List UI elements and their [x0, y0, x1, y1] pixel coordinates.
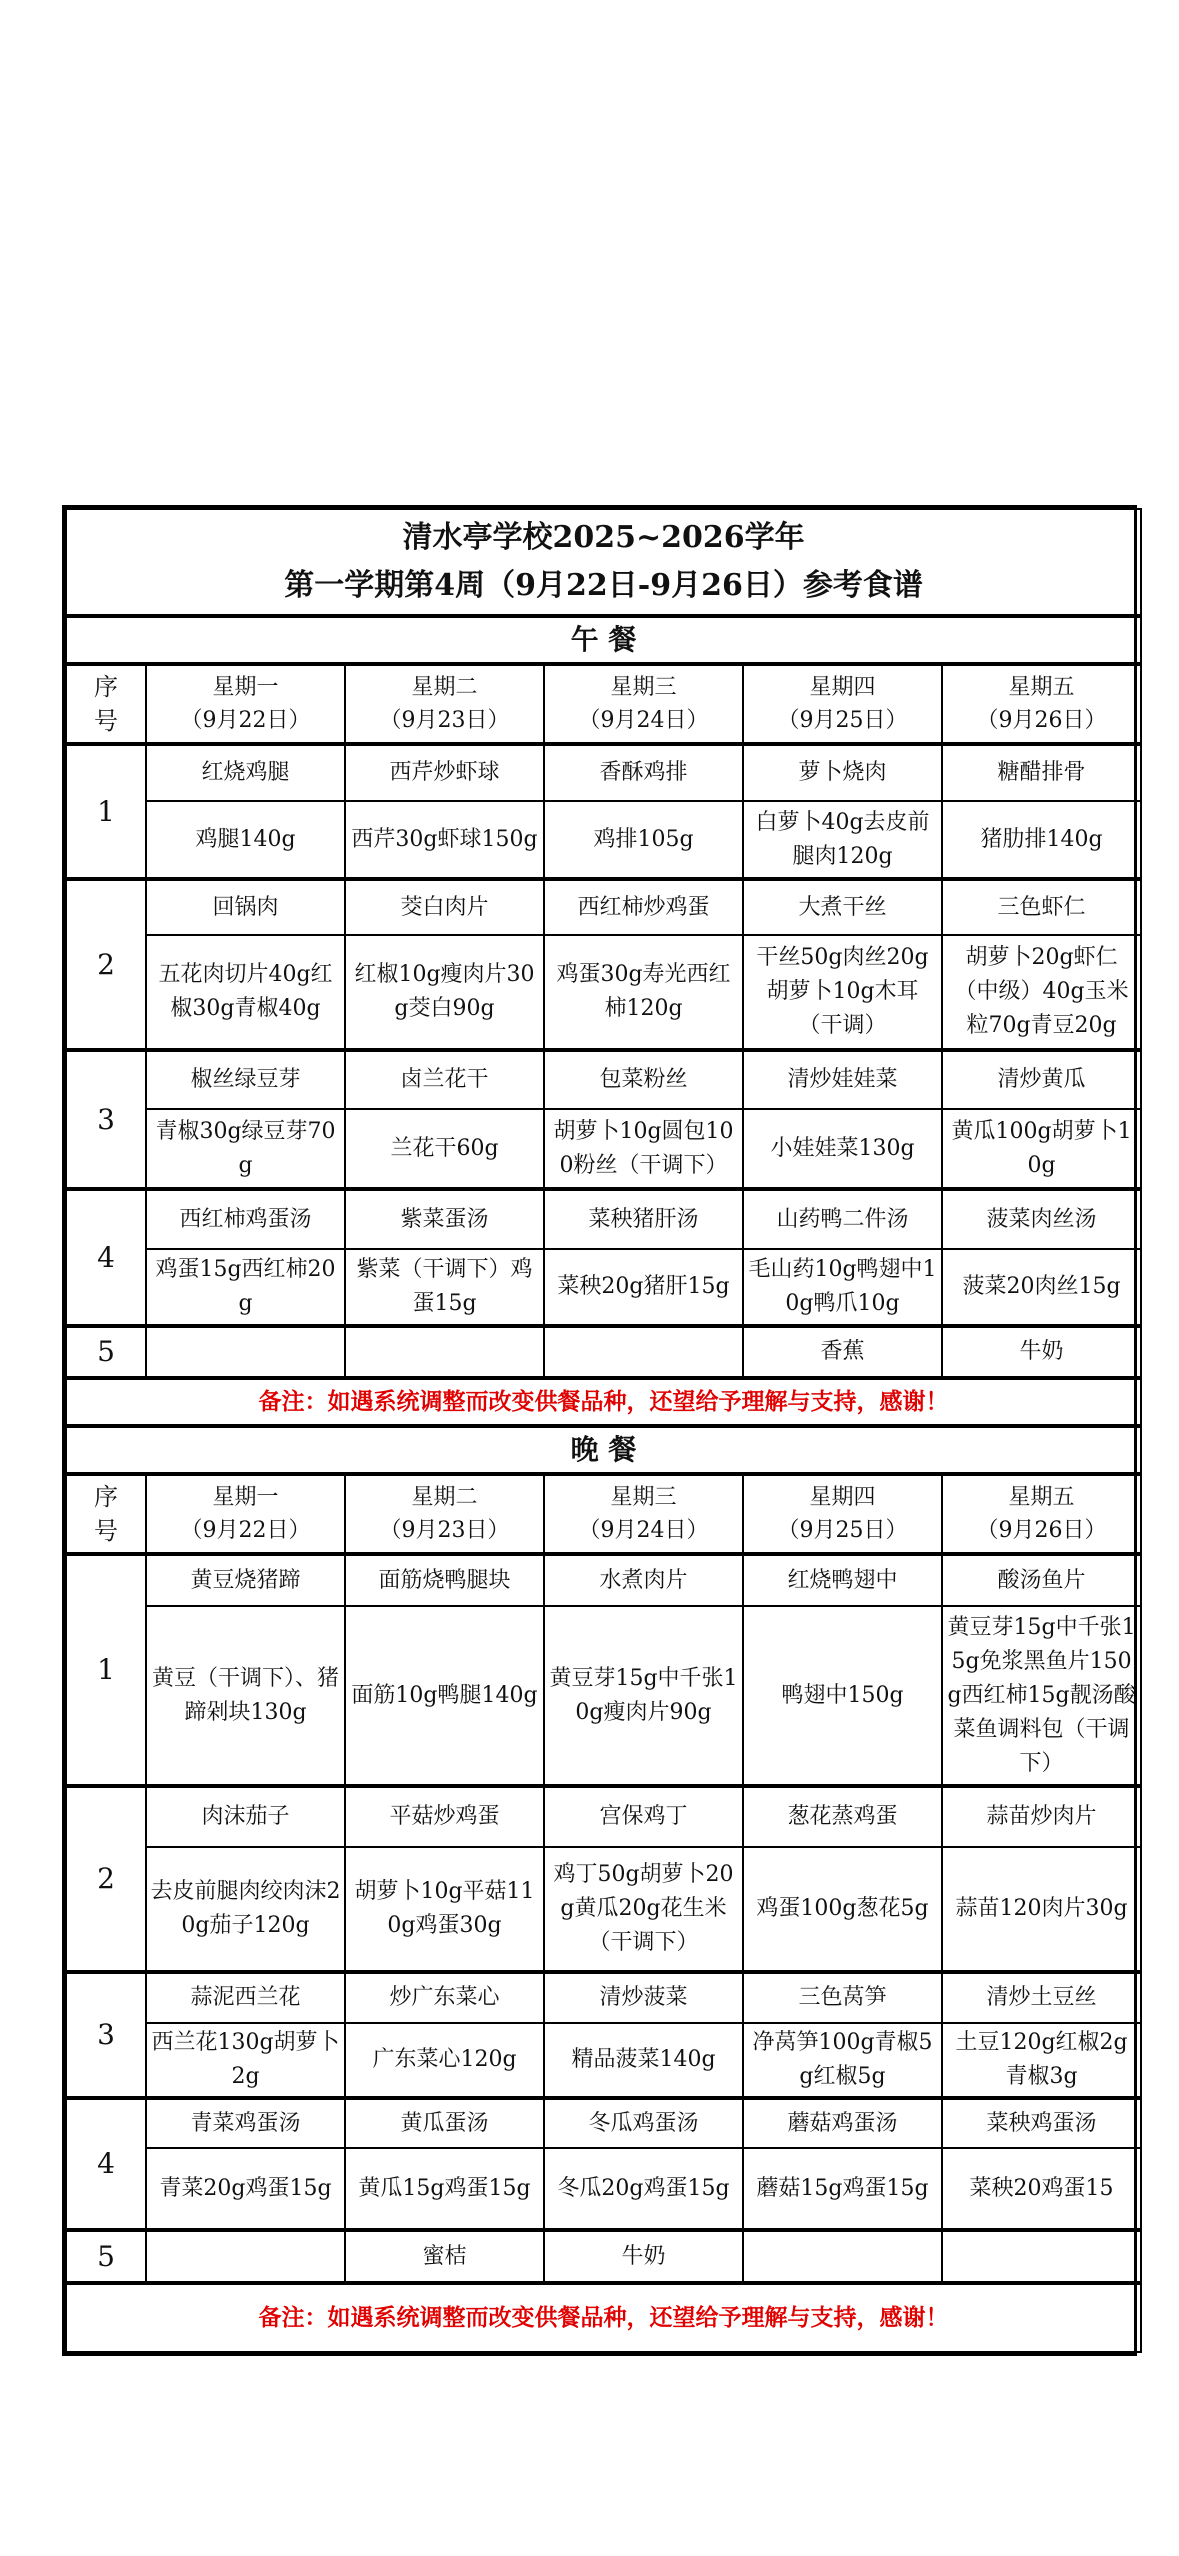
- meal-header-row: 晚 餐: [66, 1426, 1141, 1474]
- extra-item: [942, 2230, 1141, 2283]
- index-header-label: 号: [70, 1514, 142, 1548]
- ingredient-detail: 面筋10g鸭腿140g: [345, 1606, 544, 1786]
- day-header: 星期四（9月25日）: [743, 1474, 942, 1554]
- dish-name: 清炒菠菜: [544, 1972, 743, 2023]
- title-line-2: 第一学期第4周（9月22日-9月26日）参考食谱: [67, 562, 1140, 610]
- dish-name: 面筋烧鸭腿块: [345, 1554, 544, 1606]
- menu-row-dishes: 3椒丝绿豆芽卤兰花干包菜粉丝清炒娃娃菜清炒黄瓜: [66, 1050, 1141, 1109]
- day-header-row: 序号 星期一（9月22日） 星期二（9月23日） 星期三（9月24日） 星期四（…: [66, 1474, 1141, 1554]
- day-header: 星期一（9月22日）: [146, 1474, 345, 1554]
- dish-name: 蒜泥西兰花: [146, 1972, 345, 2023]
- ingredient-detail: 黄豆（干调下）、猪蹄剁块130g: [146, 1606, 345, 1786]
- dish-name: 青菜鸡蛋汤: [146, 2098, 345, 2148]
- day-header-row: 序号 星期一（9月22日） 星期二（9月23日） 星期三（9月24日） 星期四（…: [66, 664, 1141, 744]
- menu-row-dishes: 1红烧鸡腿西芹炒虾球香酥鸡排萝卜烧肉糖醋排骨: [66, 744, 1141, 801]
- ingredient-detail: 猪肋排140g: [942, 801, 1141, 879]
- note-text: 备注：如遇系统调整而改变供餐品种，还望给予理解与支持，感谢！: [66, 1378, 1141, 1426]
- ingredient-detail: 冬瓜20g鸡蛋15g: [544, 2148, 743, 2230]
- ingredient-detail: 蘑菇15g鸡蛋15g: [743, 2148, 942, 2230]
- date-label: （9月25日）: [747, 704, 938, 737]
- ingredient-detail: 鸡腿140g: [146, 801, 345, 879]
- page-title: 清水亭学校2025~2026学年 第一学期第4周（9月22日-9月26日）参考食…: [66, 509, 1141, 616]
- dish-name: 西红柿炒鸡蛋: [544, 879, 743, 935]
- menu-row-dishes: 4青菜鸡蛋汤黄瓜蛋汤冬瓜鸡蛋汤蘑菇鸡蛋汤菜秧鸡蛋汤: [66, 2098, 1141, 2148]
- date-label: （9月24日）: [548, 1514, 739, 1547]
- ingredient-detail: 青椒30g绿豆芽70g: [146, 1109, 345, 1189]
- index-header-label: 号: [70, 704, 142, 738]
- ingredient-detail: 鸡蛋15g西红柿20g: [146, 1249, 345, 1326]
- dish-name: 宫保鸡丁: [544, 1786, 743, 1847]
- dish-name: 蒜苗炒肉片: [942, 1786, 1141, 1847]
- dish-name: 大煮干丝: [743, 879, 942, 935]
- meal-header-row: 午 餐: [66, 616, 1141, 664]
- date-label: （9月26日）: [946, 1514, 1137, 1547]
- dish-name: 紫菜蛋汤: [345, 1189, 544, 1249]
- ingredient-detail: 黄瓜15g鸡蛋15g: [345, 2148, 544, 2230]
- extra-item: [345, 1326, 544, 1378]
- note-row: 备注：如遇系统调整而改变供餐品种，还望给予理解与支持，感谢！: [66, 1378, 1141, 1426]
- weekday-label: 星期二: [349, 671, 540, 704]
- dish-name: 葱花蒸鸡蛋: [743, 1786, 942, 1847]
- meal-label: 午 餐: [66, 616, 1141, 664]
- ingredient-detail: 胡萝卜10g平菇110g鸡蛋30g: [345, 1847, 544, 1972]
- date-label: （9月24日）: [548, 704, 739, 737]
- menu-row-ingredients: 黄豆（干调下）、猪蹄剁块130g面筋10g鸭腿140g黄豆芽15g中千张10g瘦…: [66, 1606, 1141, 1786]
- ingredient-detail: 鸭翅中150g: [743, 1606, 942, 1786]
- row-index: 5: [66, 1326, 146, 1378]
- menu-row-dishes: 1黄豆烧猪蹄面筋烧鸭腿块水煮肉片红烧鸭翅中酸汤鱼片: [66, 1554, 1141, 1606]
- ingredient-detail: 毛山药10g鸭翅中10g鸭爪10g: [743, 1249, 942, 1326]
- extra-item: [146, 2230, 345, 2283]
- ingredient-detail: 广东菜心120g: [345, 2023, 544, 2098]
- date-label: （9月22日）: [150, 704, 341, 737]
- dish-name: 炒广东菜心: [345, 1972, 544, 2023]
- date-label: （9月25日）: [747, 1514, 938, 1547]
- menu-row-ingredients: 青椒30g绿豆芽70g兰花干60g胡萝卜10g圆包100粉丝（干调下）小娃娃菜1…: [66, 1109, 1141, 1189]
- ingredient-detail: 胡萝卜20g虾仁（中级）40g玉米粒70g青豆20g: [942, 935, 1141, 1050]
- title-line-1: 清水亭学校2025~2026学年: [67, 514, 1140, 562]
- ingredient-detail: 蒜苗120肉片30g: [942, 1847, 1141, 1972]
- ingredient-detail: 去皮前腿肉绞肉沫20g茄子120g: [146, 1847, 345, 1972]
- menu-row-ingredients: 五花肉切片40g红椒30g青椒40g红椒10g瘦肉片30g茭白90g鸡蛋30g寿…: [66, 935, 1141, 1050]
- dish-name: 清炒土豆丝: [942, 1972, 1141, 2023]
- title-row: 清水亭学校2025~2026学年 第一学期第4周（9月22日-9月26日）参考食…: [66, 509, 1141, 616]
- weekday-label: 星期五: [946, 671, 1137, 704]
- dish-name: 卤兰花干: [345, 1050, 544, 1109]
- dish-name: 茭白肉片: [345, 879, 544, 935]
- extra-item: 香蕉: [743, 1326, 942, 1378]
- ingredient-detail: 黄豆芽15g中千张15g免浆黑鱼片150g西红柿15g靓汤酸菜鱼调料包（干调下）: [942, 1606, 1141, 1786]
- menu-row-dishes: 3蒜泥西兰花炒广东菜心清炒菠菜三色莴笋清炒土豆丝: [66, 1972, 1141, 2023]
- weekday-label: 星期四: [747, 671, 938, 704]
- dish-name: 菠菜肉丝汤: [942, 1189, 1141, 1249]
- dish-name: 平菇炒鸡蛋: [345, 1786, 544, 1847]
- weekday-label: 星期四: [747, 1481, 938, 1514]
- row-index: 4: [66, 1189, 146, 1326]
- ingredient-detail: 干丝50g肉丝20g胡萝卜10g木耳（干调）: [743, 935, 942, 1050]
- ingredient-detail: 鸡蛋30g寿光西红柿120g: [544, 935, 743, 1050]
- ingredient-detail: 红椒10g瘦肉片30g茭白90g: [345, 935, 544, 1050]
- dish-name: 三色莴笋: [743, 1972, 942, 2023]
- row-index: 2: [66, 879, 146, 1050]
- day-header: 星期一（9月22日）: [146, 664, 345, 744]
- row-index: 2: [66, 1786, 146, 1972]
- ingredient-detail: 西兰花130g胡萝卜2g: [146, 2023, 345, 2098]
- ingredient-detail: 西芹30g虾球150g: [345, 801, 544, 879]
- ingredient-detail: 精品菠菜140g: [544, 2023, 743, 2098]
- menu-row-ingredients: 西兰花130g胡萝卜2g广东菜心120g精品菠菜140g净莴笋100g青椒5g红…: [66, 2023, 1141, 2098]
- dish-name: 回锅肉: [146, 879, 345, 935]
- menu-row-ingredients: 去皮前腿肉绞肉沫20g茄子120g胡萝卜10g平菇110g鸡蛋30g鸡丁50g胡…: [66, 1847, 1141, 1972]
- ingredient-detail: 鸡丁50g胡萝卜20g黄瓜20g花生米（干调下）: [544, 1847, 743, 1972]
- weekday-label: 星期二: [349, 1481, 540, 1514]
- dish-name: 肉沫茄子: [146, 1786, 345, 1847]
- index-header: 序号: [66, 664, 146, 744]
- ingredient-detail: 黄瓜100g胡萝卜10g: [942, 1109, 1141, 1189]
- ingredient-detail: 菜秧20鸡蛋15: [942, 2148, 1141, 2230]
- index-header-label: 序: [70, 670, 142, 704]
- ingredient-detail: 菜秧20g猪肝15g: [544, 1249, 743, 1326]
- dish-name: 三色虾仁: [942, 879, 1141, 935]
- dish-name: 冬瓜鸡蛋汤: [544, 2098, 743, 2148]
- ingredient-detail: 小娃娃菜130g: [743, 1109, 942, 1189]
- day-header: 星期二（9月23日）: [345, 664, 544, 744]
- menu-row-ingredients: 鸡蛋15g西红柿20g紫菜（干调下）鸡蛋15g菜秧20g猪肝15g毛山药10g鸭…: [66, 1249, 1141, 1326]
- menu-row-dishes: 4西红柿鸡蛋汤紫菜蛋汤菜秧猪肝汤山药鸭二件汤菠菜肉丝汤: [66, 1189, 1141, 1249]
- meal-label: 晚 餐: [66, 1426, 1141, 1474]
- extra-item: 牛奶: [942, 1326, 1141, 1378]
- dish-name: 酸汤鱼片: [942, 1554, 1141, 1606]
- weekday-label: 星期五: [946, 1481, 1137, 1514]
- ingredient-detail: 白萝卜40g去皮前腿肉120g: [743, 801, 942, 879]
- date-label: （9月26日）: [946, 704, 1137, 737]
- extra-item: 牛奶: [544, 2230, 743, 2283]
- menu-row-ingredients: 青菜20g鸡蛋15g黄瓜15g鸡蛋15g冬瓜20g鸡蛋15g蘑菇15g鸡蛋15g…: [66, 2148, 1141, 2230]
- day-header: 星期四（9月25日）: [743, 664, 942, 744]
- menu-table: 清水亭学校2025~2026学年 第一学期第4周（9月22日-9月26日）参考食…: [65, 508, 1142, 2353]
- ingredient-detail: 土豆120g红椒2g青椒3g: [942, 2023, 1141, 2098]
- dish-name: 包菜粉丝: [544, 1050, 743, 1109]
- index-header: 序号: [66, 1474, 146, 1554]
- weekday-label: 星期三: [548, 1481, 739, 1514]
- row-index: 5: [66, 2230, 146, 2283]
- ingredient-detail: 紫菜（干调下）鸡蛋15g: [345, 1249, 544, 1326]
- weekday-label: 星期一: [150, 1481, 341, 1514]
- ingredient-detail: 鸡蛋100g葱花5g: [743, 1847, 942, 1972]
- dish-name: 清炒娃娃菜: [743, 1050, 942, 1109]
- menu-row-extra: 5香蕉牛奶: [66, 1326, 1141, 1378]
- weekday-label: 星期三: [548, 671, 739, 704]
- ingredient-detail: 青菜20g鸡蛋15g: [146, 2148, 345, 2230]
- day-header: 星期三（9月24日）: [544, 664, 743, 744]
- ingredient-detail: 兰花干60g: [345, 1109, 544, 1189]
- menu-sheet: 清水亭学校2025~2026学年 第一学期第4周（9月22日-9月26日）参考食…: [62, 505, 1137, 2356]
- date-label: （9月23日）: [349, 704, 540, 737]
- date-label: （9月22日）: [150, 1514, 341, 1547]
- day-header: 星期三（9月24日）: [544, 1474, 743, 1554]
- dish-name: 香酥鸡排: [544, 744, 743, 801]
- dish-name: 清炒黄瓜: [942, 1050, 1141, 1109]
- dish-name: 菜秧猪肝汤: [544, 1189, 743, 1249]
- row-index: 4: [66, 2098, 146, 2230]
- dish-name: 红烧鸭翅中: [743, 1554, 942, 1606]
- dish-name: 蘑菇鸡蛋汤: [743, 2098, 942, 2148]
- dish-name: 椒丝绿豆芽: [146, 1050, 345, 1109]
- note-row: 备注：如遇系统调整而改变供餐品种，还望给予理解与支持，感谢！: [66, 2283, 1141, 2352]
- dish-name: 糖醋排骨: [942, 744, 1141, 801]
- ingredient-detail: 菠菜20肉丝15g: [942, 1249, 1141, 1326]
- dish-name: 山药鸭二件汤: [743, 1189, 942, 1249]
- dish-name: 西红柿鸡蛋汤: [146, 1189, 345, 1249]
- row-index: 1: [66, 744, 146, 879]
- meal-title: 午 餐: [571, 623, 637, 656]
- menu-row-dishes: 2回锅肉茭白肉片西红柿炒鸡蛋大煮干丝三色虾仁: [66, 879, 1141, 935]
- dish-name: 菜秧鸡蛋汤: [942, 2098, 1141, 2148]
- menu-row-extra: 5蜜桔牛奶: [66, 2230, 1141, 2283]
- dish-name: 黄瓜蛋汤: [345, 2098, 544, 2148]
- lunch-section: 午 餐 序号 星期一（9月22日） 星期二（9月23日） 星期三（9月24日） …: [66, 616, 1141, 1426]
- menu-row-ingredients: 鸡腿140g西芹30g虾球150g鸡排105g白萝卜40g去皮前腿肉120g猪肋…: [66, 801, 1141, 879]
- menu-row-dishes: 2肉沫茄子平菇炒鸡蛋宫保鸡丁葱花蒸鸡蛋蒜苗炒肉片: [66, 1786, 1141, 1847]
- note-text: 备注：如遇系统调整而改变供餐品种，还望给予理解与支持，感谢！: [66, 2283, 1141, 2352]
- dish-name: 黄豆烧猪蹄: [146, 1554, 345, 1606]
- dish-name: 西芹炒虾球: [345, 744, 544, 801]
- ingredient-detail: 黄豆芽15g中千张10g瘦肉片90g: [544, 1606, 743, 1786]
- extra-item: 蜜桔: [345, 2230, 544, 2283]
- day-header: 星期五（9月26日）: [942, 664, 1141, 744]
- extra-item: [544, 1326, 743, 1378]
- ingredient-detail: 胡萝卜10g圆包100粉丝（干调下）: [544, 1109, 743, 1189]
- day-header: 星期二（9月23日）: [345, 1474, 544, 1554]
- row-index: 1: [66, 1554, 146, 1786]
- dish-name: 水煮肉片: [544, 1554, 743, 1606]
- extra-item: [743, 2230, 942, 2283]
- day-header: 星期五（9月26日）: [942, 1474, 1141, 1554]
- date-label: （9月23日）: [349, 1514, 540, 1547]
- weekday-label: 星期一: [150, 671, 341, 704]
- row-index: 3: [66, 1050, 146, 1189]
- row-index: 3: [66, 1972, 146, 2098]
- extra-item: [146, 1326, 345, 1378]
- ingredient-detail: 五花肉切片40g红椒30g青椒40g: [146, 935, 345, 1050]
- ingredient-detail: 净莴笋100g青椒5g红椒5g: [743, 2023, 942, 2098]
- dish-name: 红烧鸡腿: [146, 744, 345, 801]
- meal-title: 晚 餐: [571, 1433, 637, 1466]
- dinner-section: 晚 餐 序号 星期一（9月22日） 星期二（9月23日） 星期三（9月24日） …: [66, 1426, 1141, 2352]
- index-header-label: 序: [70, 1480, 142, 1514]
- ingredient-detail: 鸡排105g: [544, 801, 743, 879]
- dish-name: 萝卜烧肉: [743, 744, 942, 801]
